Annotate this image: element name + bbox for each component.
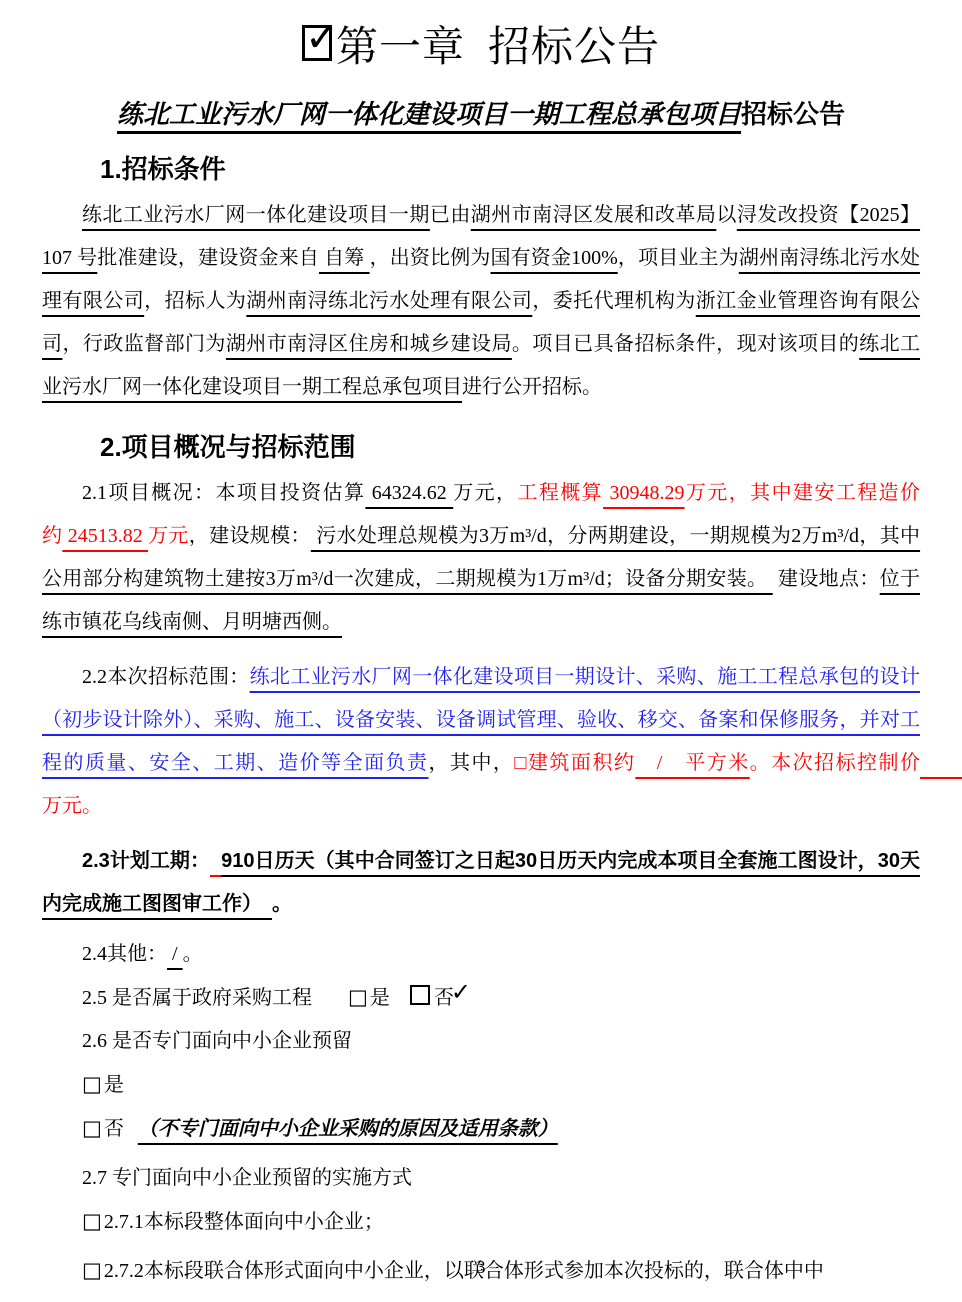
checkbox-unchecked-icon: □: [82, 1116, 102, 1140]
text-run: ，行政监督部门为: [62, 333, 225, 355]
text-run: / 平方米: [635, 752, 749, 774]
q27-item-1: □2.7.1本标段整体面向中小企业；: [42, 1200, 920, 1244]
text-run: 万元。: [42, 795, 102, 817]
text-run: [920, 752, 962, 774]
q25-yes-label: 是: [370, 987, 390, 1009]
text-run: 已由: [430, 204, 471, 226]
q26-no-note: （不专门面向中小企业采购的原因及适用条款）: [138, 1118, 558, 1140]
question-2-6-line: 2.6 是否专门面向中小企业预留: [42, 1020, 920, 1063]
text-run: 批准建设，建设资金来自: [97, 247, 319, 269]
text-run: 湖州市南浔区发展和改革局: [471, 204, 717, 226]
section-2-heading: 2.项目概况与招标范围: [100, 427, 920, 464]
q26-yes-option: □是: [42, 1063, 920, 1107]
q26-yes-label: 是: [104, 1074, 124, 1096]
text-run: 工程概算: [517, 482, 603, 504]
document-subtitle: 练北工业污水厂网一体化建设项目一期工程总承包项目招标公告: [42, 94, 920, 131]
paragraph-2-4: 2.4其他： / 。: [42, 933, 920, 976]
text-run: 以: [716, 204, 736, 226]
q26-label: 2.6 是否专门面向中小企业预留: [82, 1030, 352, 1052]
text-run: 。: [183, 943, 203, 965]
document-page: ✓第一章 招标公告 练北工业污水厂网一体化建设项目一期工程总承包项目招标公告 1…: [0, 0, 962, 1302]
q27-label: 2.7 专门面向中小企业预留的实施方式: [82, 1167, 412, 1189]
text-run: 万元: [148, 525, 189, 547]
text-run: 。: [272, 893, 292, 915]
text-run: 湖州市南浔区住房和城乡建设局: [226, 333, 512, 355]
paragraph-2-3: 2.3计划工期： 910日历天（其中合同签订之日起30日历天内完成本项目全套施工…: [42, 840, 920, 926]
text-run: 2.1项目概况：本项目投资估算: [82, 482, 365, 504]
text-run: 练北工业污水厂网一体化建设项目一期: [82, 204, 430, 226]
text-run: □建筑面积约: [514, 752, 635, 774]
checkbox-unchecked-icon: □: [82, 1072, 102, 1096]
question-2-5-line: 2.5 是否属于政府采购工程□是✓否: [42, 976, 920, 1020]
checkbox-checked-icon: ✓: [410, 985, 430, 1005]
q26-no-label: 否: [104, 1118, 124, 1140]
question-2-7-line: 2.7 专门面向中小企业预留的实施方式: [42, 1157, 920, 1200]
page-title: ✓第一章 招标公告: [42, 14, 920, 74]
paragraph-2-1: 2.1项目概况：本项目投资估算 64324.62 万元，工程概算 30948.2…: [42, 472, 920, 644]
text-run: 2.3计划工期：: [82, 850, 210, 872]
checkbox-unchecked-icon: □: [348, 985, 368, 1009]
paragraph-2-2: 2.2本次招标范围：练北工业污水厂网一体化建设项目一期设计、采购、施工工程总承包…: [42, 656, 920, 828]
text-run: 建设地点：: [773, 568, 880, 590]
checked-checkbox-icon: ✓: [302, 25, 332, 61]
section-1-paragraph: 练北工业污水厂网一体化建设项目一期已由湖州市南浔区发展和改革局以浔发改投资【20…: [42, 194, 920, 409]
text-run: ，招标人为: [144, 290, 246, 312]
text-run: 招标公告: [741, 99, 845, 129]
text-run: 湖州南浔练北污水处理有限公司: [246, 290, 532, 312]
text-run: 2.2本次招标范围：: [82, 666, 250, 688]
checkbox-unchecked-icon: □: [82, 1209, 102, 1233]
text-run: ，其中，: [429, 752, 515, 774]
q26-no-option: □否（不专门面向中小企业采购的原因及适用条款）: [42, 1107, 920, 1151]
text-run: 万元，: [453, 482, 517, 504]
text-run: /: [167, 943, 183, 965]
page-number: 3: [0, 1257, 962, 1278]
text-run: 2.4其他：: [82, 943, 167, 965]
text-run: ，建设规模：: [189, 525, 311, 547]
text-run: 自筹: [319, 247, 370, 269]
q25-label: 2.5 是否属于政府采购工程: [82, 987, 312, 1009]
text-run: ，委托代理机构为: [532, 290, 695, 312]
q27-item-1-label: 2.7.1本标段整体面向中小企业；: [104, 1211, 384, 1233]
text-run: 。项目已具备招标条件，现对该项目的: [512, 333, 859, 355]
text-run: 24513.82: [62, 525, 148, 547]
text-run: 练北工业污水厂网一体化建设项目一期工程总承包项目: [117, 99, 741, 129]
text-run: 64324.62: [365, 482, 453, 504]
text-run: ，项目业主为: [618, 247, 739, 269]
text-run: 国有资金100%: [491, 247, 618, 269]
page-title-text: 第一章 招标公告: [336, 25, 660, 71]
text-run: 。本次招标控制价: [750, 752, 920, 774]
section-1-heading: 1.招标条件: [100, 149, 920, 186]
text-run: 30948.29: [603, 482, 684, 504]
text-run: 进行公开招标。: [462, 376, 602, 398]
text-run: [210, 850, 221, 872]
text-run: ，出资比例为: [370, 247, 491, 269]
